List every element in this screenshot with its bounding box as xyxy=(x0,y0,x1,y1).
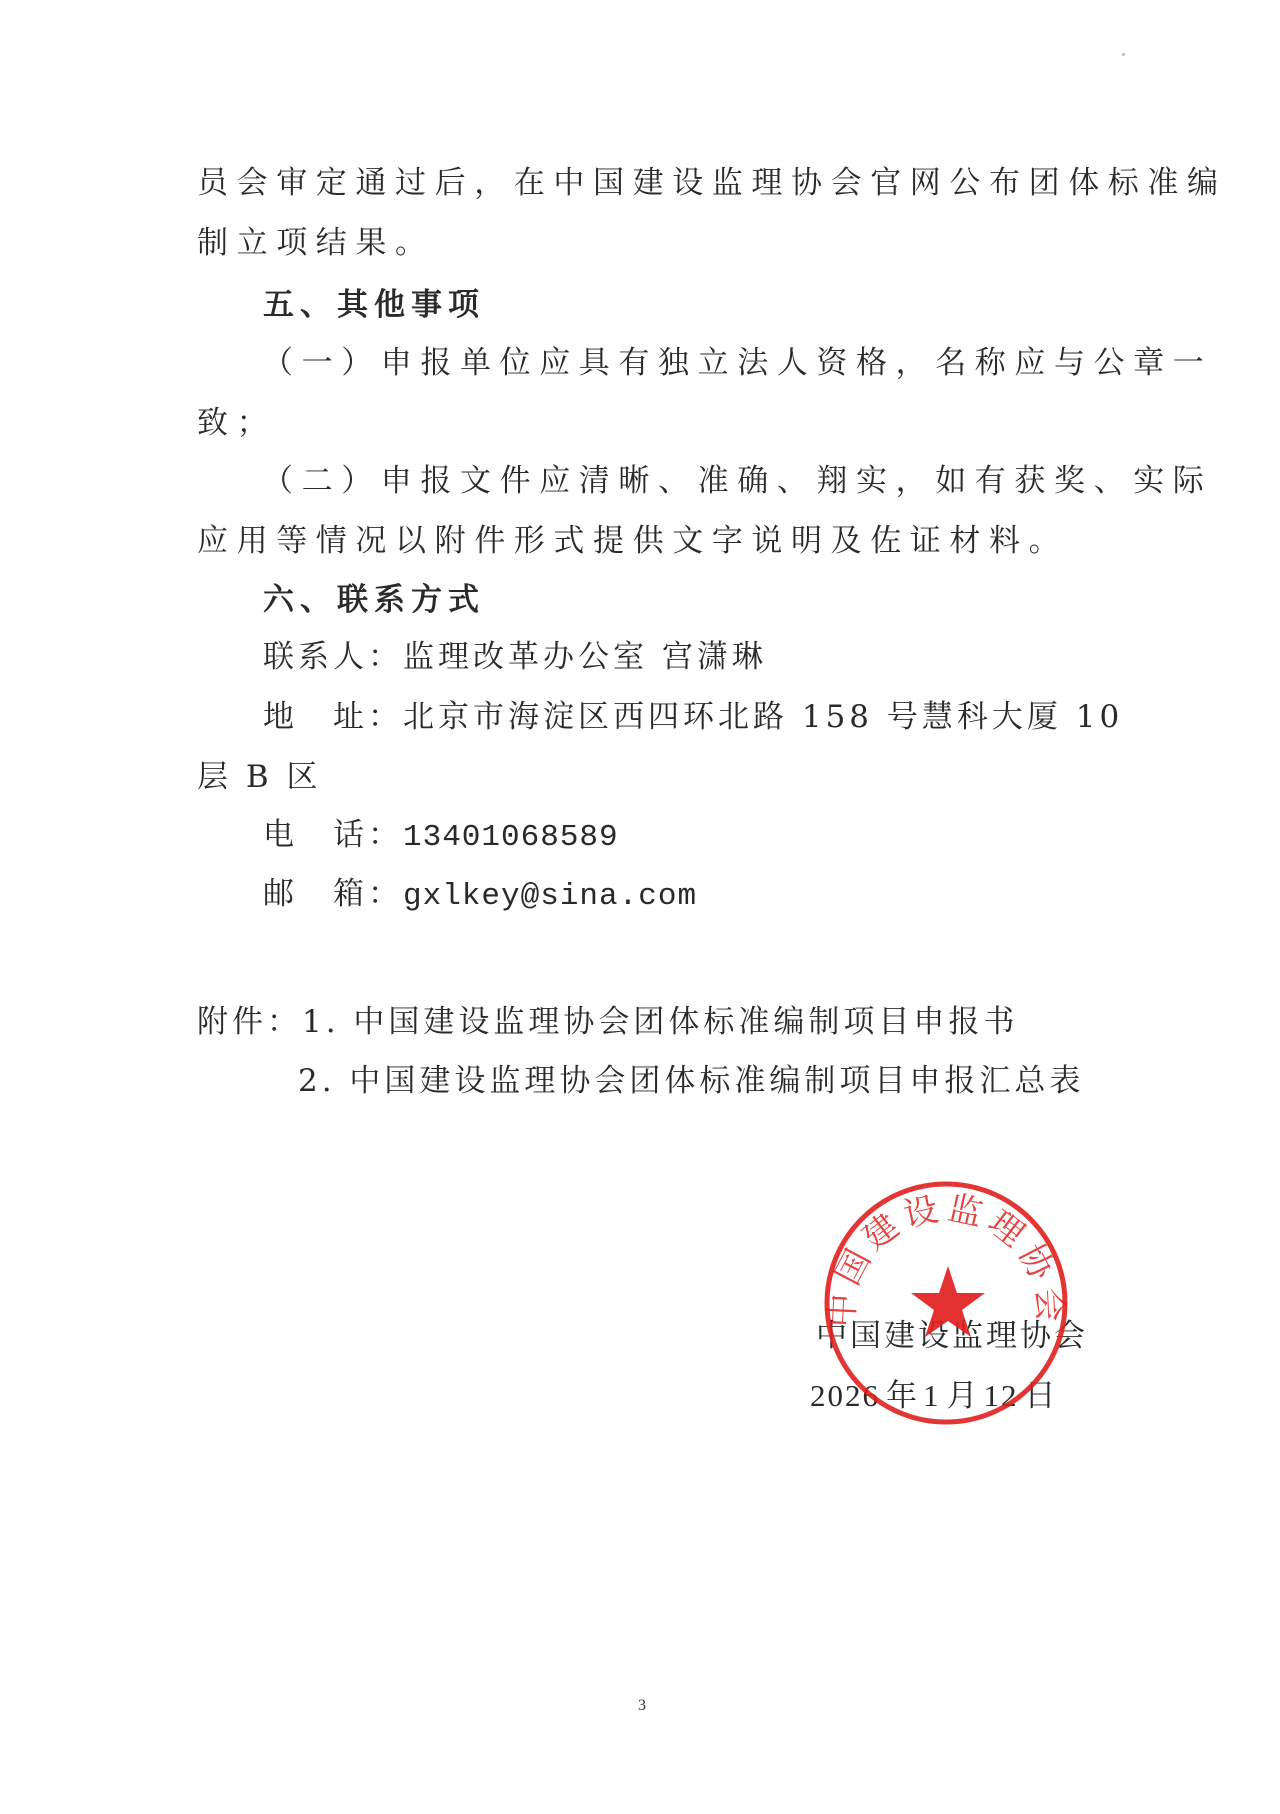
date-day: 12 xyxy=(984,1378,1019,1413)
contact-address-row: 地 址：北京市海淀区西四环北路 158 号慧科大厦 10 xyxy=(263,697,1123,737)
list-item-line: 致； xyxy=(197,403,276,443)
scan-speck xyxy=(1122,53,1125,56)
attachments-label: 附件： xyxy=(197,1004,302,1040)
date-day-unit: 日 xyxy=(1025,1378,1056,1414)
paragraph-line: 员会审定通过后，在中国建设监理协会官网公布团体标准编 xyxy=(197,163,1227,203)
contact-address-label: 地 址： xyxy=(263,699,403,735)
contact-phone-row: 电 话：13401068589 xyxy=(263,815,619,858)
document-page: 员会审定通过后，在中国建设监理协会官网公布团体标准编 制立项结果。 五、其他事项… xyxy=(0,0,1280,1814)
contact-phone-label: 电 话： xyxy=(263,817,403,853)
page-number: 3 xyxy=(638,1697,646,1715)
contact-person-value: 监理改革办公室 宫潇琳 xyxy=(403,639,767,675)
date-month-unit: 月 xyxy=(947,1378,978,1414)
signature-organization: 中国建设监理协会 xyxy=(816,1316,1088,1356)
paragraph-line: 制立项结果。 xyxy=(197,223,435,263)
signature-date: 2026年1月12日 xyxy=(810,1376,1062,1416)
contact-person-label: 联系人： xyxy=(263,639,403,675)
stamp-arc-text: 中国建设监理协会 xyxy=(822,1188,1070,1328)
contact-email-row: 邮 箱：gxlkey@sina.com xyxy=(263,874,697,917)
list-item-line: 应用等情况以附件形式提供文字说明及佐证材料。 xyxy=(197,521,1068,561)
date-month: 1 xyxy=(923,1378,941,1413)
section-heading-other-matters: 五、其他事项 xyxy=(263,285,485,325)
attachment-item-1: 1. 中国建设监理协会团体标准编制项目申报书 xyxy=(302,1004,1018,1040)
list-item-line: （二）申报文件应清晰、准确、翔实，如有获奖、实际 xyxy=(262,461,1212,501)
contact-address-value: 北京市海淀区西四环北路 158 号慧科大厦 10 xyxy=(403,699,1123,735)
contact-phone-value: 13401068589 xyxy=(403,820,619,855)
section-heading-contact: 六、联系方式 xyxy=(263,580,485,620)
contact-email-value: gxlkey@sina.com xyxy=(403,879,697,914)
date-year-unit: 年 xyxy=(886,1378,917,1414)
attachment-item-2: 2. 中国建设监理协会团体标准编制项目申报汇总表 xyxy=(298,1061,1084,1101)
list-item-line: （一）申报单位应具有独立法人资格，名称应与公章一 xyxy=(262,343,1212,383)
date-year: 2026 xyxy=(810,1378,880,1413)
contact-person-row: 联系人：监理改革办公室 宫潇琳 xyxy=(263,637,767,677)
attachment-row-1: 附件：1. 中国建设监理协会团体标准编制项目申报书 xyxy=(197,1002,1018,1042)
contact-email-label: 邮 箱： xyxy=(263,876,403,912)
contact-address-continuation: 层 B 区 xyxy=(197,757,322,797)
